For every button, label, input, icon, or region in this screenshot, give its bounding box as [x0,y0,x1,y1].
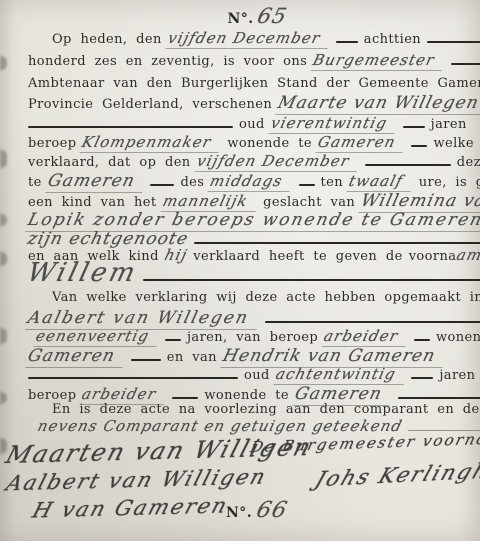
fill-rule [194,242,480,244]
fill-rule [265,321,480,323]
printed-text: ten [321,175,344,190]
printed-text: wonende te [227,136,312,151]
scan-artifact [0,328,7,344]
handwritten-hour: twaalf [347,172,416,192]
handwritten-sex: mannelijk [160,192,260,212]
handwritten-daypart: middags [208,172,295,192]
form-line-witness2-age: oud achtentwintig jaren [28,365,480,385]
printed-text: Ambtenaar van den Burgerlijken Stand der… [28,76,480,91]
fill-rule [336,41,358,43]
fill-rule [427,41,480,43]
scan-artifact [0,392,7,404]
printed-text: oud [244,368,270,383]
form-line-date-opening: Op heden, den vijfden December achttien [28,28,480,49]
printed-text: welke ons [433,136,480,151]
fill-rule [411,145,427,147]
scan-artifact [0,214,7,226]
printed-text: te [28,175,42,190]
printed-text: achttien [364,32,421,47]
signature-witness2: H van Gameren [30,493,232,522]
fill-rule [403,126,425,128]
form-line-declarant: Provincie Gelderland, verschenen Maarte … [28,93,480,115]
handwritten-birth-place: Gameren [45,171,147,193]
handwritten-declarant-name: Maarte van Willegen [275,93,480,115]
printed-text: des [180,175,204,190]
act-number-header: N°. 65 [0,4,480,28]
fill-rule [451,63,480,65]
printed-text: jaren [431,117,467,132]
scanned-birth-record-page: N°. 65 Op heden, den vijfden December ac… [0,0,480,541]
fill-rule [299,184,315,186]
handwritten-occupation: Klompenmaker [80,133,224,153]
handwritten-witness1-occupation: arbeider [322,327,411,347]
printed-text: wonende te [204,388,289,403]
form-line-registrar: Ambtenaar van den Burgerlijken Stand der… [28,72,480,91]
fill-rule [28,126,233,128]
printed-text: jaren [439,368,475,383]
printed-text: ure, is ge [419,175,480,190]
no-label: N°. [227,11,253,27]
scan-artifact [0,150,7,168]
act-number-handwritten: 65 [255,4,290,28]
form-line-birth-time: te Gameren des middags ten twaalf ure, i… [28,171,480,193]
printed-text: en van [167,350,217,365]
fill-rule [411,377,433,379]
printed-text: beroep [28,136,76,151]
fill-rule [398,397,480,399]
form-line-occupation: beroep Klompenmaker wonende te Gameren w… [28,133,480,153]
fill-rule [165,339,181,341]
form-line-witness-intro: Van welke verklaring wij deze acte hebbe… [28,290,480,305]
printed-text: jaren, van beroep [187,330,318,345]
fill-rule [150,184,174,186]
printed-text: Provincie Gelderland, verschenen [28,97,272,112]
printed-text: Van welke verklaring wij deze acte hebbe… [52,290,480,305]
fill-rule [414,339,430,341]
form-line-birth-date: verklaard, dat op den vijfden December d… [28,152,480,172]
form-line-child-name: Willem [28,258,480,288]
signature-official: Johs Kerlingh [312,459,480,492]
printed-text: oud [239,117,265,132]
handwritten-residence: Gameren [316,133,408,153]
next-act-number: N°. 66 [226,498,287,523]
fill-rule [365,164,451,166]
handwritten-child-name: Willem [24,258,141,288]
form-line-year-official: honderd zes en zeventig, is voor ons Bur… [28,50,480,71]
printed-text: honderd zes en zeventig, is voor ons [28,54,307,69]
printed-text: dezes [457,155,480,170]
printed-text: wonende [436,330,480,345]
scan-artifact [0,252,7,266]
printed-text: een kind van het [28,195,157,210]
handwritten-witness2-age: achtentwintig [273,365,408,385]
printed-text: beroep [28,388,76,403]
form-line-age: oud vierentwintig jaren [28,114,480,134]
handwritten-official: Burgemeester [311,51,447,71]
printed-text: geslacht van [263,195,355,210]
fill-rule [131,359,161,361]
handwritten-age: vierentwintig [268,114,399,134]
printed-text: verklaard, dat op den [28,155,191,170]
scan-artifact [0,56,7,70]
handwritten-birth-date: vijfden December [194,152,361,172]
fill-rule [143,279,480,281]
form-line-closing: En is deze acte na voorlezing aan den co… [28,402,480,417]
fill-rule [172,397,198,399]
handwritten-date: vijfden December [165,29,332,49]
scan-artifact [0,438,7,454]
handwritten-closing-note: nevens Comparant en getuigen geteekend [36,417,405,435]
printed-text: Op heden, den [52,32,162,47]
fill-rule [28,377,238,379]
next-act-number-handwritten: 66 [254,498,290,523]
signature-witness1: Aalbert van Willigen [3,465,270,496]
form-line-witness1-details: eenenveertig jaren, van beroep arbeider … [28,327,480,347]
handwritten-witness1-age: eenenveertig [34,327,162,347]
printed-text: En is deze acte na voorlezing aan den co… [52,402,480,417]
no-label: N°. [226,505,252,521]
